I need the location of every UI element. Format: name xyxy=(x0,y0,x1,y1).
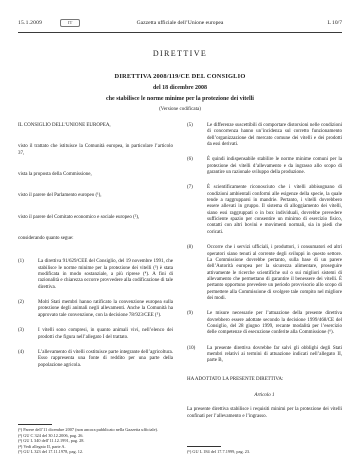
recital-text: È quindi indispensabile stabilire le nor… xyxy=(207,157,342,176)
recital-1: (1) La direttiva 91/629/CEE del Consigli… xyxy=(18,259,173,291)
recital-number: (6) xyxy=(187,157,207,176)
recital-number: (7) xyxy=(187,185,207,236)
section-heading: DIRETTIVE xyxy=(0,49,360,58)
recital-text: Occorre che i servizi ufficiali, i produ… xyxy=(207,245,342,302)
directive-title-block: DIRETTIVA 2008/119/CE DEL CONSIGLIO del … xyxy=(30,73,330,112)
footnote-6: (⁶) GU L 184 del 17.7.1999, pag. 23. xyxy=(187,449,342,455)
footnote-1: (¹) Parere dell’11 dicembre 2007 (non an… xyxy=(18,427,173,433)
recital-text: I vitelli sono compresi, in quanto anima… xyxy=(38,328,173,341)
right-column: (5) Le differenze suscettibili di compor… xyxy=(187,123,342,455)
recital-6: (6) È quindi indispensabile stabilire le… xyxy=(187,157,342,176)
citation-commission-proposal: vista la proposta della Commissione, xyxy=(18,172,173,178)
recital-number: (5) xyxy=(187,123,207,148)
recital-7: (7) È scientificamente riconosciuto che … xyxy=(187,185,342,236)
directive-version-note: (Versione codificata) xyxy=(30,107,330,112)
two-column-body: IL CONSIGLIO DELL’UNIONE EUROPEA, visto … xyxy=(18,123,342,455)
recitals-intro: considerando quanto segue: xyxy=(18,236,173,242)
enacting-formula: HA ADOTTATO LA PRESENTE DIRETTIVA: xyxy=(187,377,342,383)
recital-number: (10) xyxy=(187,346,207,365)
recital-3: (3) I vitelli sono compresi, in quanto a… xyxy=(18,328,173,341)
recital-4: (4) L’allevamento di vitelli costituisce… xyxy=(18,350,173,369)
citation-eesc-opinion: visto il parere del Comitato economico e… xyxy=(18,215,173,221)
recital-text: La presente direttiva dovrebbe far salvi… xyxy=(207,346,342,365)
recital-text: È scientificamente riconosciuto che i vi… xyxy=(207,185,342,236)
citation-parliament-opinion: visto il parere del Parlamento europeo (… xyxy=(18,193,173,199)
recital-text: Le misure necessarie per l’attuazione de… xyxy=(207,311,342,336)
directive-title: DIRETTIVA 2008/119/CE DEL CONSIGLIO xyxy=(30,73,330,80)
recital-2: (2) Molti Stati membri hanno ratificato … xyxy=(18,300,173,319)
citation-treaty: visto il trattato che istituisce la Comu… xyxy=(18,144,173,157)
recital-number: (8) xyxy=(187,245,207,302)
recital-number: (4) xyxy=(18,350,38,369)
recital-9: (9) Le misure necessarie per l’attuazion… xyxy=(187,311,342,336)
recital-number: (1) xyxy=(18,259,38,291)
recital-10: (10) La presente direttiva dovrebbe far … xyxy=(187,346,342,365)
footnote-5: (⁵) GU L 323 del 17.11.1978, pag. 12. xyxy=(18,449,173,455)
recital-number: (2) xyxy=(18,300,38,319)
page-reference: L 10/7 xyxy=(327,20,342,26)
preamble-opening: IL CONSIGLIO DELL’UNIONE EUROPEA, xyxy=(18,123,173,129)
left-footnotes: (¹) Parere dell’11 dicembre 2007 (non an… xyxy=(18,418,173,455)
directive-date-line: del 18 dicembre 2008 xyxy=(30,85,330,91)
footnote-rule xyxy=(187,446,221,447)
article-1-heading: Articolo 1 xyxy=(187,393,342,399)
footnote-rule xyxy=(18,424,52,425)
recital-text: L’allevamento di vitelli costituisce par… xyxy=(38,350,173,369)
journal-title: Gazzetta ufficiale dell’Unione europea xyxy=(18,20,342,26)
header-rule xyxy=(18,32,342,33)
page-header: 15.1.2009 IT Gazzetta ufficiale dell’Uni… xyxy=(18,19,342,29)
recital-number: (3) xyxy=(18,328,38,341)
recital-5: (5) Le differenze suscettibili di compor… xyxy=(187,123,342,148)
directive-subject-line: che stabilisce le norme minime per la pr… xyxy=(30,96,330,102)
left-column: IL CONSIGLIO DELL’UNIONE EUROPEA, visto … xyxy=(18,123,173,455)
recital-8: (8) Occorre che i servizi ufficiali, i p… xyxy=(187,245,342,302)
recital-number: (9) xyxy=(187,311,207,336)
right-footnotes: (⁶) GU L 184 del 17.7.1999, pag. 23. xyxy=(187,440,342,455)
recital-text: Molti Stati membri hanno ratificato la c… xyxy=(38,300,173,319)
article-1-text: La presente direttiva stabilisce i requi… xyxy=(187,407,342,420)
document-page: 15.1.2009 IT Gazzetta ufficiale dell’Uni… xyxy=(0,0,360,466)
recital-text: Le differenze suscettibili di comportare… xyxy=(207,123,342,148)
recital-text: La direttiva 91/629/CEE del Consiglio, d… xyxy=(38,259,173,291)
